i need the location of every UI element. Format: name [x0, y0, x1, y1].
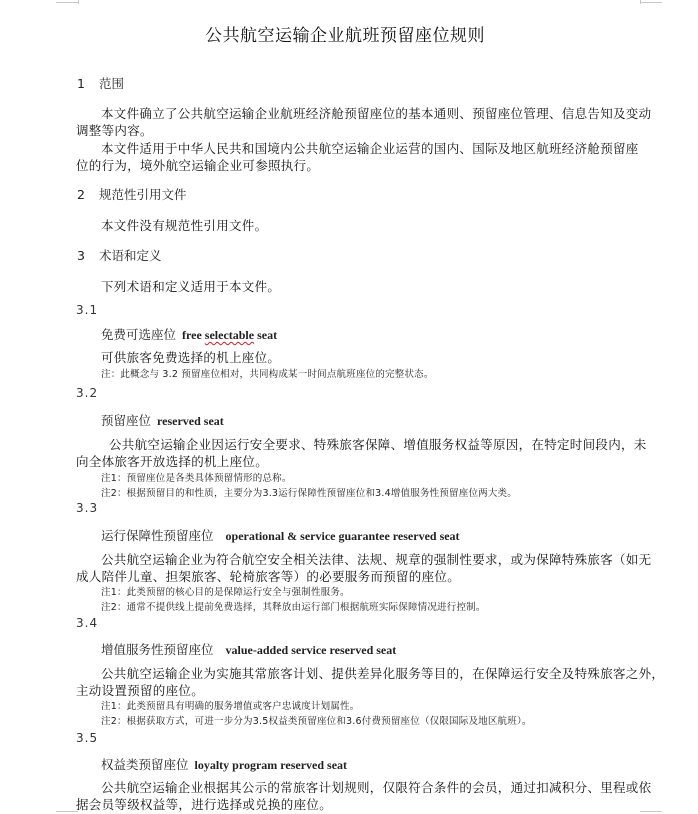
- crop-mark-bottom-right-h: [640, 811, 662, 812]
- paragraph-line: 调整等内容。: [76, 121, 153, 139]
- term-definition: 公共航空运输企业根据其公示的常旅客计划规则，仅限符合条件的会员，通过扣减积分、里…: [101, 778, 651, 796]
- term-number: 3.5: [76, 731, 98, 745]
- section-number: 3: [77, 248, 99, 263]
- term-en: operational & service guarantee reserved…: [226, 529, 460, 543]
- term-definition: 主动设置预留的座位。: [76, 681, 204, 699]
- term-definition: 向全体旅客开放选择的机上座位。: [76, 452, 268, 470]
- term-heading: 免费可选座位free selectable seat: [101, 325, 277, 343]
- term-en: free selectable seat: [182, 328, 277, 342]
- crop-mark-top-left-v: [78, 0, 79, 4]
- term-zh: 权益类预留座位: [101, 757, 189, 772]
- paragraph-line: 下列术语和定义适用于本文件。: [101, 277, 280, 295]
- crop-mark-bottom-left-h: [56, 811, 78, 812]
- term-definition: 据会员等级权益等，进行选择或兑换的座位。: [76, 795, 332, 813]
- term-note: 注2：根据预留目的和性质，主要分为3.3运行保障性预留座位和3.4增值服务性预留…: [101, 485, 517, 499]
- term-note: 注2：通常不提供线上提前免费选择，其释放由运行部门根据航班实际保障情况进行控制。: [101, 599, 486, 613]
- crop-mark-top-right-h: [640, 2, 662, 3]
- term-zh: 免费可选座位: [101, 327, 176, 342]
- section-heading-1: 1范围: [77, 74, 124, 92]
- term-definition: 公共航空运输企业为符合航空安全相关法律、法规、规章的强制性要求，或为保障特殊旅客…: [101, 550, 651, 568]
- paragraph-line: 本文件适用于中华人民共和国境内公共航空运输企业运营的国内、国际及地区航班经济舱预…: [101, 139, 639, 157]
- term-heading: 权益类预留座位loyalty program reserved seat: [101, 755, 347, 773]
- term-en-part: seat: [254, 328, 277, 342]
- term-zh: 预留座位: [101, 413, 151, 428]
- term-note: 注1：此类预留具有明确的服务增值或客户忠诚度计划属性。: [101, 698, 359, 712]
- term-number: 3.4: [76, 616, 98, 630]
- term-en-part: free: [182, 328, 205, 342]
- term-en: reserved seat: [157, 414, 224, 428]
- term-en: loyalty program reserved seat: [195, 758, 348, 772]
- term-definition: 可供旅客免费选择的机上座位。: [101, 348, 280, 366]
- section-number: 1: [77, 76, 99, 91]
- spellcheck-flagged-word[interactable]: selectable: [205, 328, 254, 342]
- term-note: 注2：根据获取方式，可进一步分为3.5权益类预留座位和3.6付费预留座位（仅限国…: [101, 713, 532, 727]
- term-note: 注：此概念与 3.2 预留座位相对，共同构成某一时间点航班座位的完整状态。: [101, 366, 434, 380]
- section-title: 术语和定义: [99, 248, 162, 263]
- term-note: 注1：此类预留的核心目的是保障运行安全与强制性服务。: [101, 584, 350, 598]
- term-heading: 增值服务性预留座位value-added service reserved se…: [101, 640, 396, 658]
- term-definition: 公共航空运输企业因运行安全要求、特殊旅客保障、增值服务权益等原因，在特定时间段内…: [109, 435, 647, 453]
- term-number: 3.2: [76, 386, 98, 400]
- section-title: 范围: [99, 76, 124, 91]
- paragraph-line: 位的行为，境外航空运输企业可参照执行。: [76, 156, 319, 174]
- term-number: 3.3: [76, 501, 98, 515]
- section-number: 2: [77, 187, 99, 202]
- term-zh: 运行保障性预留座位: [101, 528, 214, 543]
- term-note: 注1：预留座位是各类具体预留情形的总称。: [101, 470, 292, 484]
- crop-mark-top-right-v: [640, 0, 641, 4]
- term-heading: 预留座位reserved seat: [101, 411, 224, 429]
- term-definition: 成人陪伴儿童、担架旅客、轮椅旅客等）的必要服务而预留的座位。: [76, 567, 460, 585]
- section-title: 规范性引用文件: [99, 187, 187, 202]
- term-definition: 公共航空运输企业为实施其常旅客计划、提供差异化服务等目的，在保障运行安全及特殊旅…: [101, 664, 664, 682]
- term-heading: 运行保障性预留座位operational & service guarantee…: [101, 526, 460, 544]
- paragraph-line: 本文件没有规范性引用文件。: [101, 216, 267, 234]
- term-number: 3.1: [76, 303, 98, 317]
- paragraph-line: 本文件确立了公共航空运输企业航班经济舱预留座位的基本通则、预留座位管理、信息告知…: [101, 104, 651, 122]
- term-zh: 增值服务性预留座位: [101, 642, 214, 657]
- section-heading-3: 3术语和定义: [77, 246, 162, 264]
- document-title: 公共航空运输企业航班预留座位规则: [205, 21, 485, 46]
- crop-mark-top-left-h: [56, 2, 78, 3]
- section-heading-2: 2规范性引用文件: [77, 185, 187, 203]
- term-en: value-added service reserved seat: [226, 643, 397, 657]
